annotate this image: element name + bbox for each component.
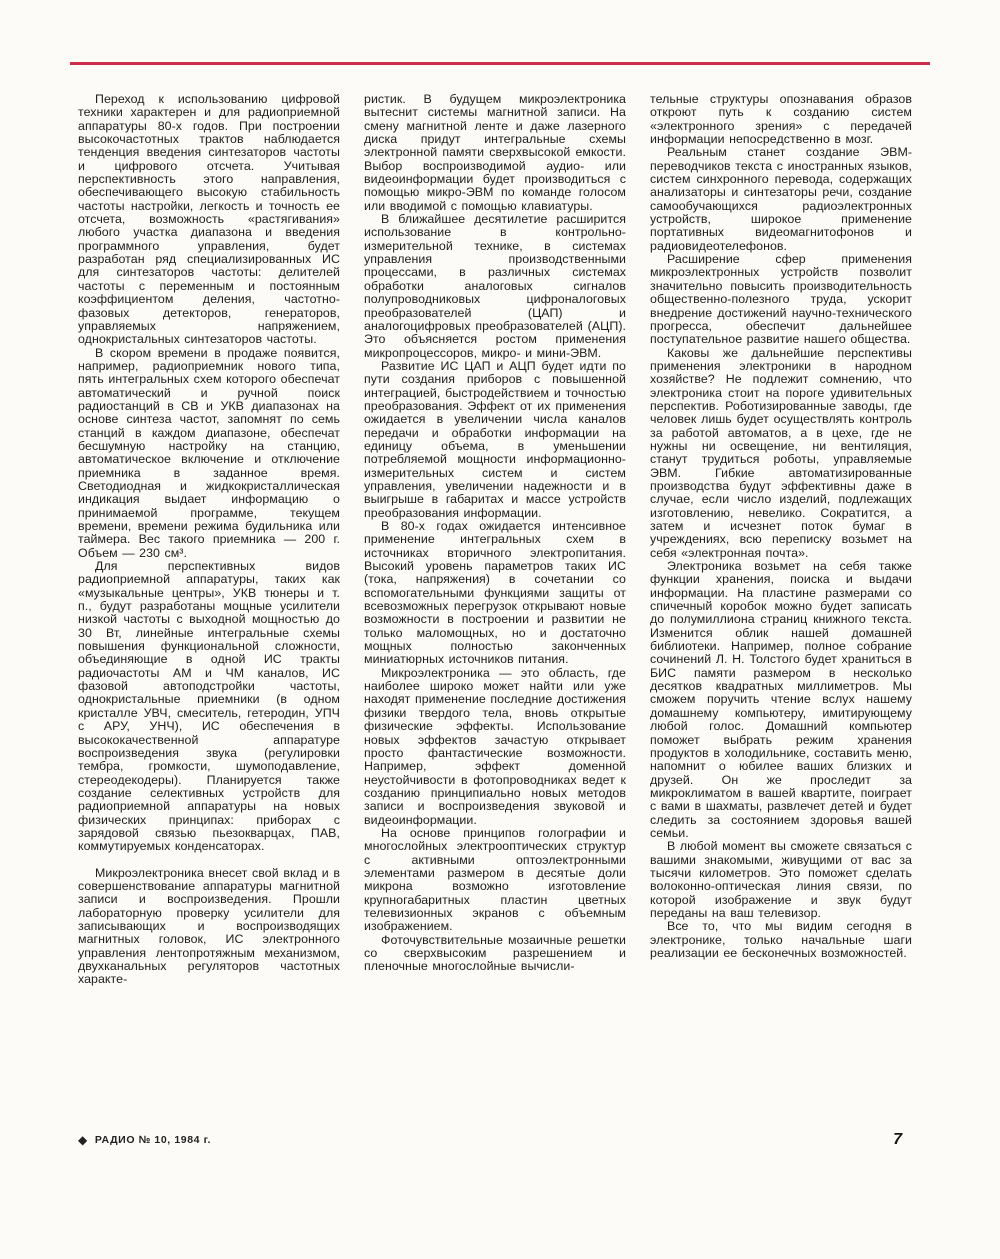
- paragraph: Переход к использованию цифровой техники…: [78, 93, 340, 347]
- paragraph: В любой момент вы сможете связаться с ва…: [650, 840, 912, 920]
- paragraph: Фоточувствительные мозаичные решетки со …: [364, 934, 626, 974]
- paragraph: В скором времени в продаже появится, нап…: [78, 347, 340, 561]
- column-1: Переход к использованию цифровой техники…: [78, 93, 340, 987]
- paragraph: Для перспективных видов радиоприемной ап…: [78, 560, 340, 854]
- paragraph: В ближайшее десятилетие расширится испол…: [364, 213, 626, 360]
- paragraph: Реальным станет создание ЭВМ-переводчико…: [650, 146, 912, 253]
- paragraph: Микроэлектроника внесет свой вклад и в с…: [78, 867, 340, 987]
- journal-issue-line: ◆ РАДИО № 10, 1984 г.: [78, 1134, 211, 1146]
- journal-issue-label: РАДИО № 10, 1984 г.: [95, 1134, 211, 1146]
- paragraph: Каковы же дальнейшие перспективы примене…: [650, 347, 912, 561]
- paragraph: Все то, что мы видим сегодня в электрони…: [650, 920, 912, 960]
- paragraph: Расширение сфер применения микроэлектрон…: [650, 253, 912, 346]
- paragraph: Микроэлектроника — это область, где наиб…: [364, 667, 626, 827]
- page-number: 7: [893, 1131, 910, 1149]
- column-2: ристик. В будущем микроэлектроника вытес…: [364, 93, 626, 987]
- diamond-icon: ◆: [78, 1134, 88, 1146]
- article-columns: Переход к использованию цифровой техники…: [78, 93, 912, 987]
- paragraph-continuation: ристик. В будущем микроэлектроника вытес…: [364, 93, 626, 213]
- paragraph: Электроника возьмет на себя также функци…: [650, 560, 912, 840]
- page-footer: ◆ РАДИО № 10, 1984 г. 7: [78, 1131, 910, 1149]
- paragraph: На основе принципов голографии и многосл…: [364, 827, 626, 934]
- paragraph-continuation: тельные структуры опознавания образов от…: [650, 93, 912, 146]
- paragraph: В 80-х годах ожидается интенсивное приме…: [364, 520, 626, 667]
- paragraph: Развитие ИС ЦАП и АЦП будет идти по пути…: [364, 360, 626, 520]
- column-3: тельные структуры опознавания образов от…: [650, 93, 912, 987]
- magazine-page: Переход к использованию цифровой техники…: [0, 0, 1000, 1259]
- top-red-rule: [70, 62, 930, 65]
